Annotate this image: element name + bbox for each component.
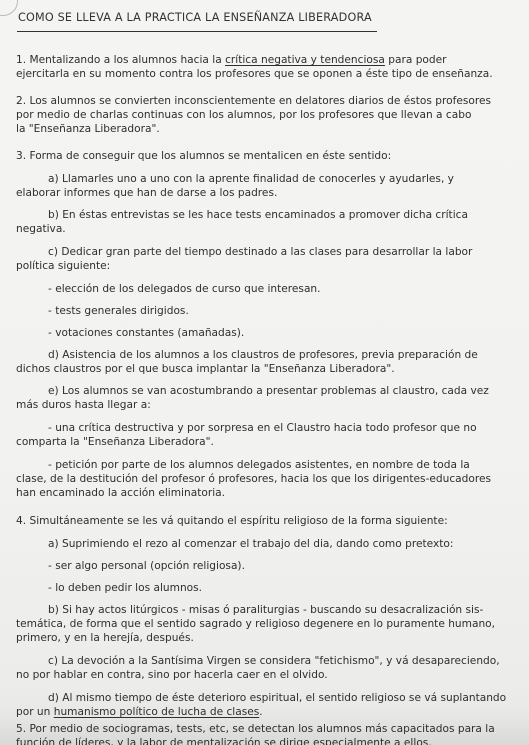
item-4b-line-1: b) Si hay actos litúrgicos - misas ó par… (16, 603, 526, 617)
item-3c-line-2: política siguiente: (16, 259, 526, 273)
paragraph-2-line-1: 2. Los alumnos se convierten inconscient… (16, 94, 526, 108)
document-page: COMO SE LLEVA A LA PRACTICA LA ENSEÑANZA… (0, 0, 529, 745)
bullet-4a-2: - lo deben pedir los alumnos. (16, 581, 526, 595)
item-3b-line-1: b) En éstas entrevistas se les hace test… (16, 208, 526, 222)
bullet-3e-2-line-3: han encaminado la acción eliminatoria. (16, 486, 526, 500)
bullet-3c-1: - elección de los delegados de curso que… (16, 282, 526, 296)
item-4a: a) Suprimiendo el rezo al comenzar el tr… (16, 537, 526, 551)
item-3b-line-2: negativa. (16, 222, 526, 236)
item-3a-line-1: a) Llamarles uno a uno con la aprente fi… (16, 172, 526, 186)
document-title: COMO SE LLEVA A LA PRACTICA LA ENSEÑANZA… (18, 11, 372, 24)
item-4c-line-1: c) La devoción a la Santísima Virgen se … (16, 654, 526, 668)
title-underline (17, 31, 377, 32)
item-3d-line-1: d) Asistencia de los alumnos a los claus… (16, 348, 526, 362)
item-3e-line-1: e) Los alumnos se van acostumbrando a pr… (16, 384, 526, 398)
underlined-phrase: crítica negativa y tendenciosa (225, 54, 385, 66)
item-4b-line-2: temática, de forma que el sentido sagrad… (16, 617, 526, 631)
item-4c-line-2: no por hablar en contra, sino por hacerl… (16, 668, 526, 682)
bullet-3e-1-line-2: comparta la "Enseñanza Liberadora". (16, 435, 526, 449)
item-3e-line-2: más duros hasta llegar a: (16, 398, 526, 412)
stamp-mark (0, 0, 18, 16)
bullet-4a-1: - ser algo personal (opción religiosa). (16, 559, 526, 573)
paragraph-1-line-1: 1. Mentalizando a los alumnos hacia la c… (16, 53, 526, 67)
bullet-3e-2-line-2: clase, de la destitución del profesor ó … (16, 472, 526, 486)
paragraph-3-heading: 3. Forma de conseguir que los alumnos se… (16, 149, 526, 163)
item-4d-line-1: d) Al mismo tiempo de éste deterioro esp… (16, 691, 526, 705)
item-3d-line-2: dichos claustros por el que busca implan… (16, 362, 526, 376)
bullet-3e-1-line-1: - una crítica destructiva y por sorpresa… (16, 421, 526, 435)
item-3a-line-2: elaborar informes que han de darse a los… (16, 186, 526, 200)
paragraph-2-line-3: la "Enseñanza Liberadora". (16, 122, 526, 136)
paragraph-2-line-2: por medio de charlas continuas con los a… (16, 108, 526, 122)
paragraph-4-heading: 4. Simultáneamente se les vá quitando el… (16, 514, 526, 528)
paragraph-1-line-2: ejercitarla en su momento contra los pro… (16, 67, 526, 81)
item-4b-line-3: primero, y en la herejía, después. (16, 631, 526, 645)
item-3c-line-1: c) Dedicar gran parte del tiempo destina… (16, 245, 526, 259)
bullet-3c-3: - votaciones constantes (amañadas). (16, 326, 526, 340)
bullet-3e-2-line-1: - petición por parte de los alumnos dele… (16, 458, 526, 472)
page-bottom-shadow (0, 712, 529, 745)
bullet-3c-2: - tests generales dirigidos. (16, 304, 526, 318)
